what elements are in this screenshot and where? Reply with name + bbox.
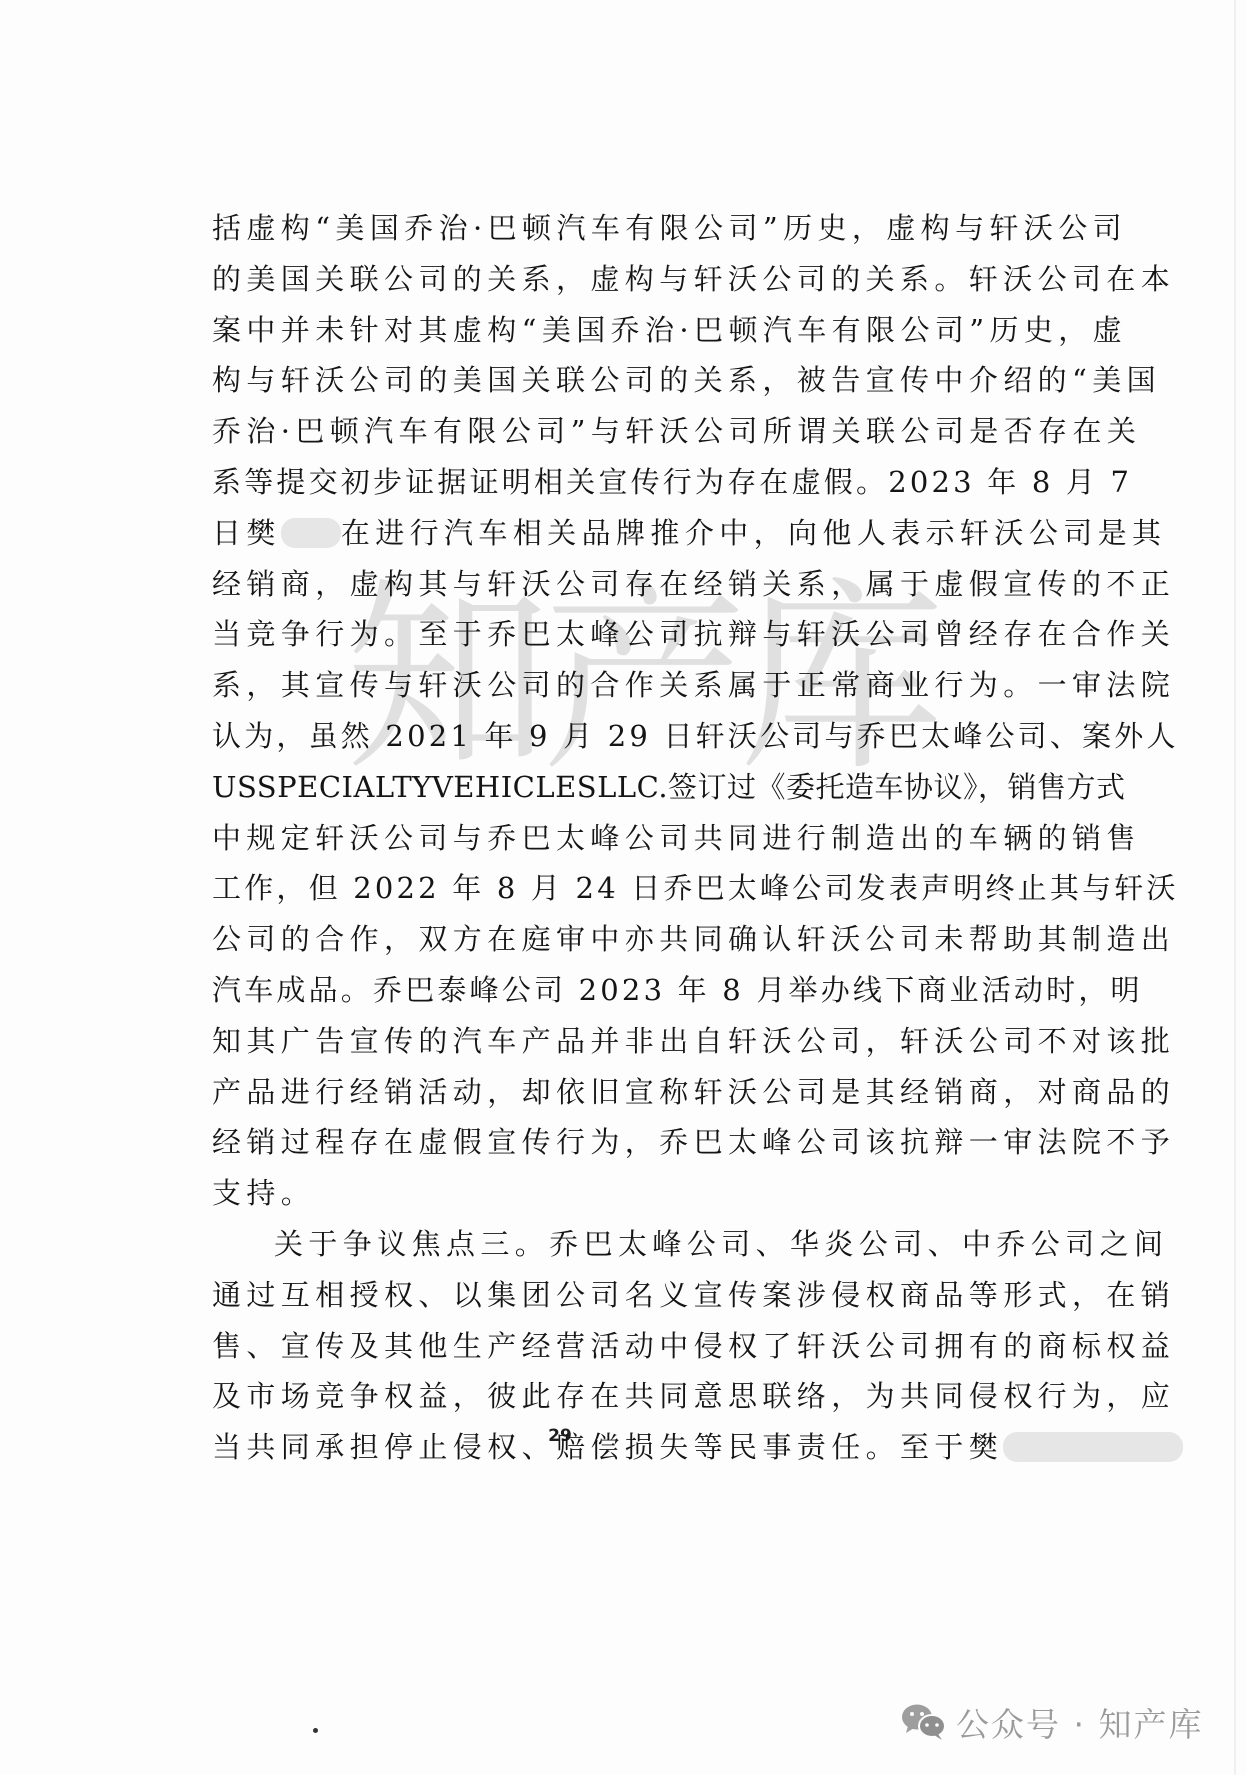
text-line: USSPECIALTYVEHICLESLLC.签订过《委托造车协议》，销售方式: [212, 762, 1032, 813]
footer-label: 公众号 · 知产库: [956, 1699, 1203, 1746]
text-line: 当共同承担停止侵权、赔偿损失等民事责任。至于樊: [212, 1422, 1032, 1473]
redacted-name: [1003, 1432, 1183, 1462]
text-line: 经销过程存在虚假宣传行为，乔巴太峰公司该抗辩一审法院不予: [212, 1117, 1032, 1168]
page-edge: [1234, 0, 1236, 1775]
paragraph-1: 括虚构“美国乔治·巴顿汽车有限公司”历史，虚构与轩沃公司 的美国关联公司的关系，…: [212, 203, 1032, 1219]
paragraph-2: 关于争议焦点三。乔巴太峰公司、华炎公司、中乔公司之间 通过互相授权、以集团公司名…: [212, 1219, 1032, 1473]
text-line: 汽车成品。乔巴泰峰公司 2023 年 8 月举办线下商业活动时，明: [212, 965, 1032, 1016]
text-segment: 在进行汽车相关品牌推介中，向他人表示轩沃公司是其: [341, 516, 1167, 550]
text-line: 当竞争行为。至于乔巴太峰公司抗辩与轩沃公司曾经存在合作关: [212, 609, 1032, 660]
text-line: 构与轩沃公司的美国关联公司的关系，被告宣传中介绍的“美国: [212, 355, 1032, 406]
scan-speck: [313, 1728, 318, 1733]
text-line: 的美国关联公司的关系，虚构与轩沃公司的关系。轩沃公司在本: [212, 254, 1032, 305]
text-line: 知其广告宣传的汽车产品并非出自轩沃公司，轩沃公司不对该批: [212, 1016, 1032, 1067]
text-line: 乔治·巴顿汽车有限公司”与轩沃公司所谓关联公司是否存在关: [212, 406, 1032, 457]
text-line: 售、宣传及其他生产经营活动中侵权了轩沃公司拥有的商标权益: [212, 1321, 1032, 1372]
text-line: 通过互相授权、以集团公司名义宣传案涉侵权商品等形式，在销: [212, 1270, 1032, 1321]
text-segment: 当共同承担停止侵权、赔偿损失等民事责任。至于樊: [212, 1430, 1003, 1464]
text-line: 产品进行经销活动，却依旧宣称轩沃公司是其经销商，对商品的: [212, 1067, 1032, 1118]
text-line: 公司的合作，双方在庭审中亦共同确认轩沃公司未帮助其制造出: [212, 914, 1032, 965]
wechat-icon: [900, 1702, 948, 1742]
text-line: 系，其宣传与轩沃公司的合作关系属于正常商业行为。一审法院: [212, 660, 1032, 711]
text-line: 关于争议焦点三。乔巴太峰公司、华炎公司、中乔公司之间: [212, 1219, 1032, 1270]
text-line: 系等提交初步证据证明相关宣传行为存在虚假。2023 年 8 月 7: [212, 457, 1032, 508]
text-line: 案中并未针对其虚构“美国乔治·巴顿汽车有限公司”历史，虚: [212, 305, 1032, 356]
text-line: 支持。: [212, 1168, 1032, 1219]
text-line: 工作，但 2022 年 8 月 24 日乔巴太峰公司发表声明终止其与轩沃: [212, 863, 1032, 914]
text-line: 括虚构“美国乔治·巴顿汽车有限公司”历史，虚构与轩沃公司: [212, 203, 1032, 254]
redacted-name: [281, 518, 341, 548]
text-line: 中规定轩沃公司与乔巴太峰公司共同进行制造出的车辆的销售: [212, 813, 1032, 864]
text-line: 认为，虽然 2021 年 9 月 29 日轩沃公司与乔巴太峰公司、案外人: [212, 711, 1032, 762]
text-segment: 日樊: [212, 516, 281, 550]
text-line: 经销商，虚构其与轩沃公司存在经销关系，属于虚假宣传的不正: [212, 559, 1032, 610]
document-body: 括虚构“美国乔治·巴顿汽车有限公司”历史，虚构与轩沃公司 的美国关联公司的关系，…: [212, 203, 1032, 1473]
text-line: 日樊在进行汽车相关品牌推介中，向他人表示轩沃公司是其: [212, 508, 1032, 559]
text-line: 及市场竞争权益，彼此存在共同意思联络，为共同侵权行为，应: [212, 1371, 1032, 1422]
footer-brand[interactable]: 公众号 · 知产库: [900, 1700, 1203, 1744]
